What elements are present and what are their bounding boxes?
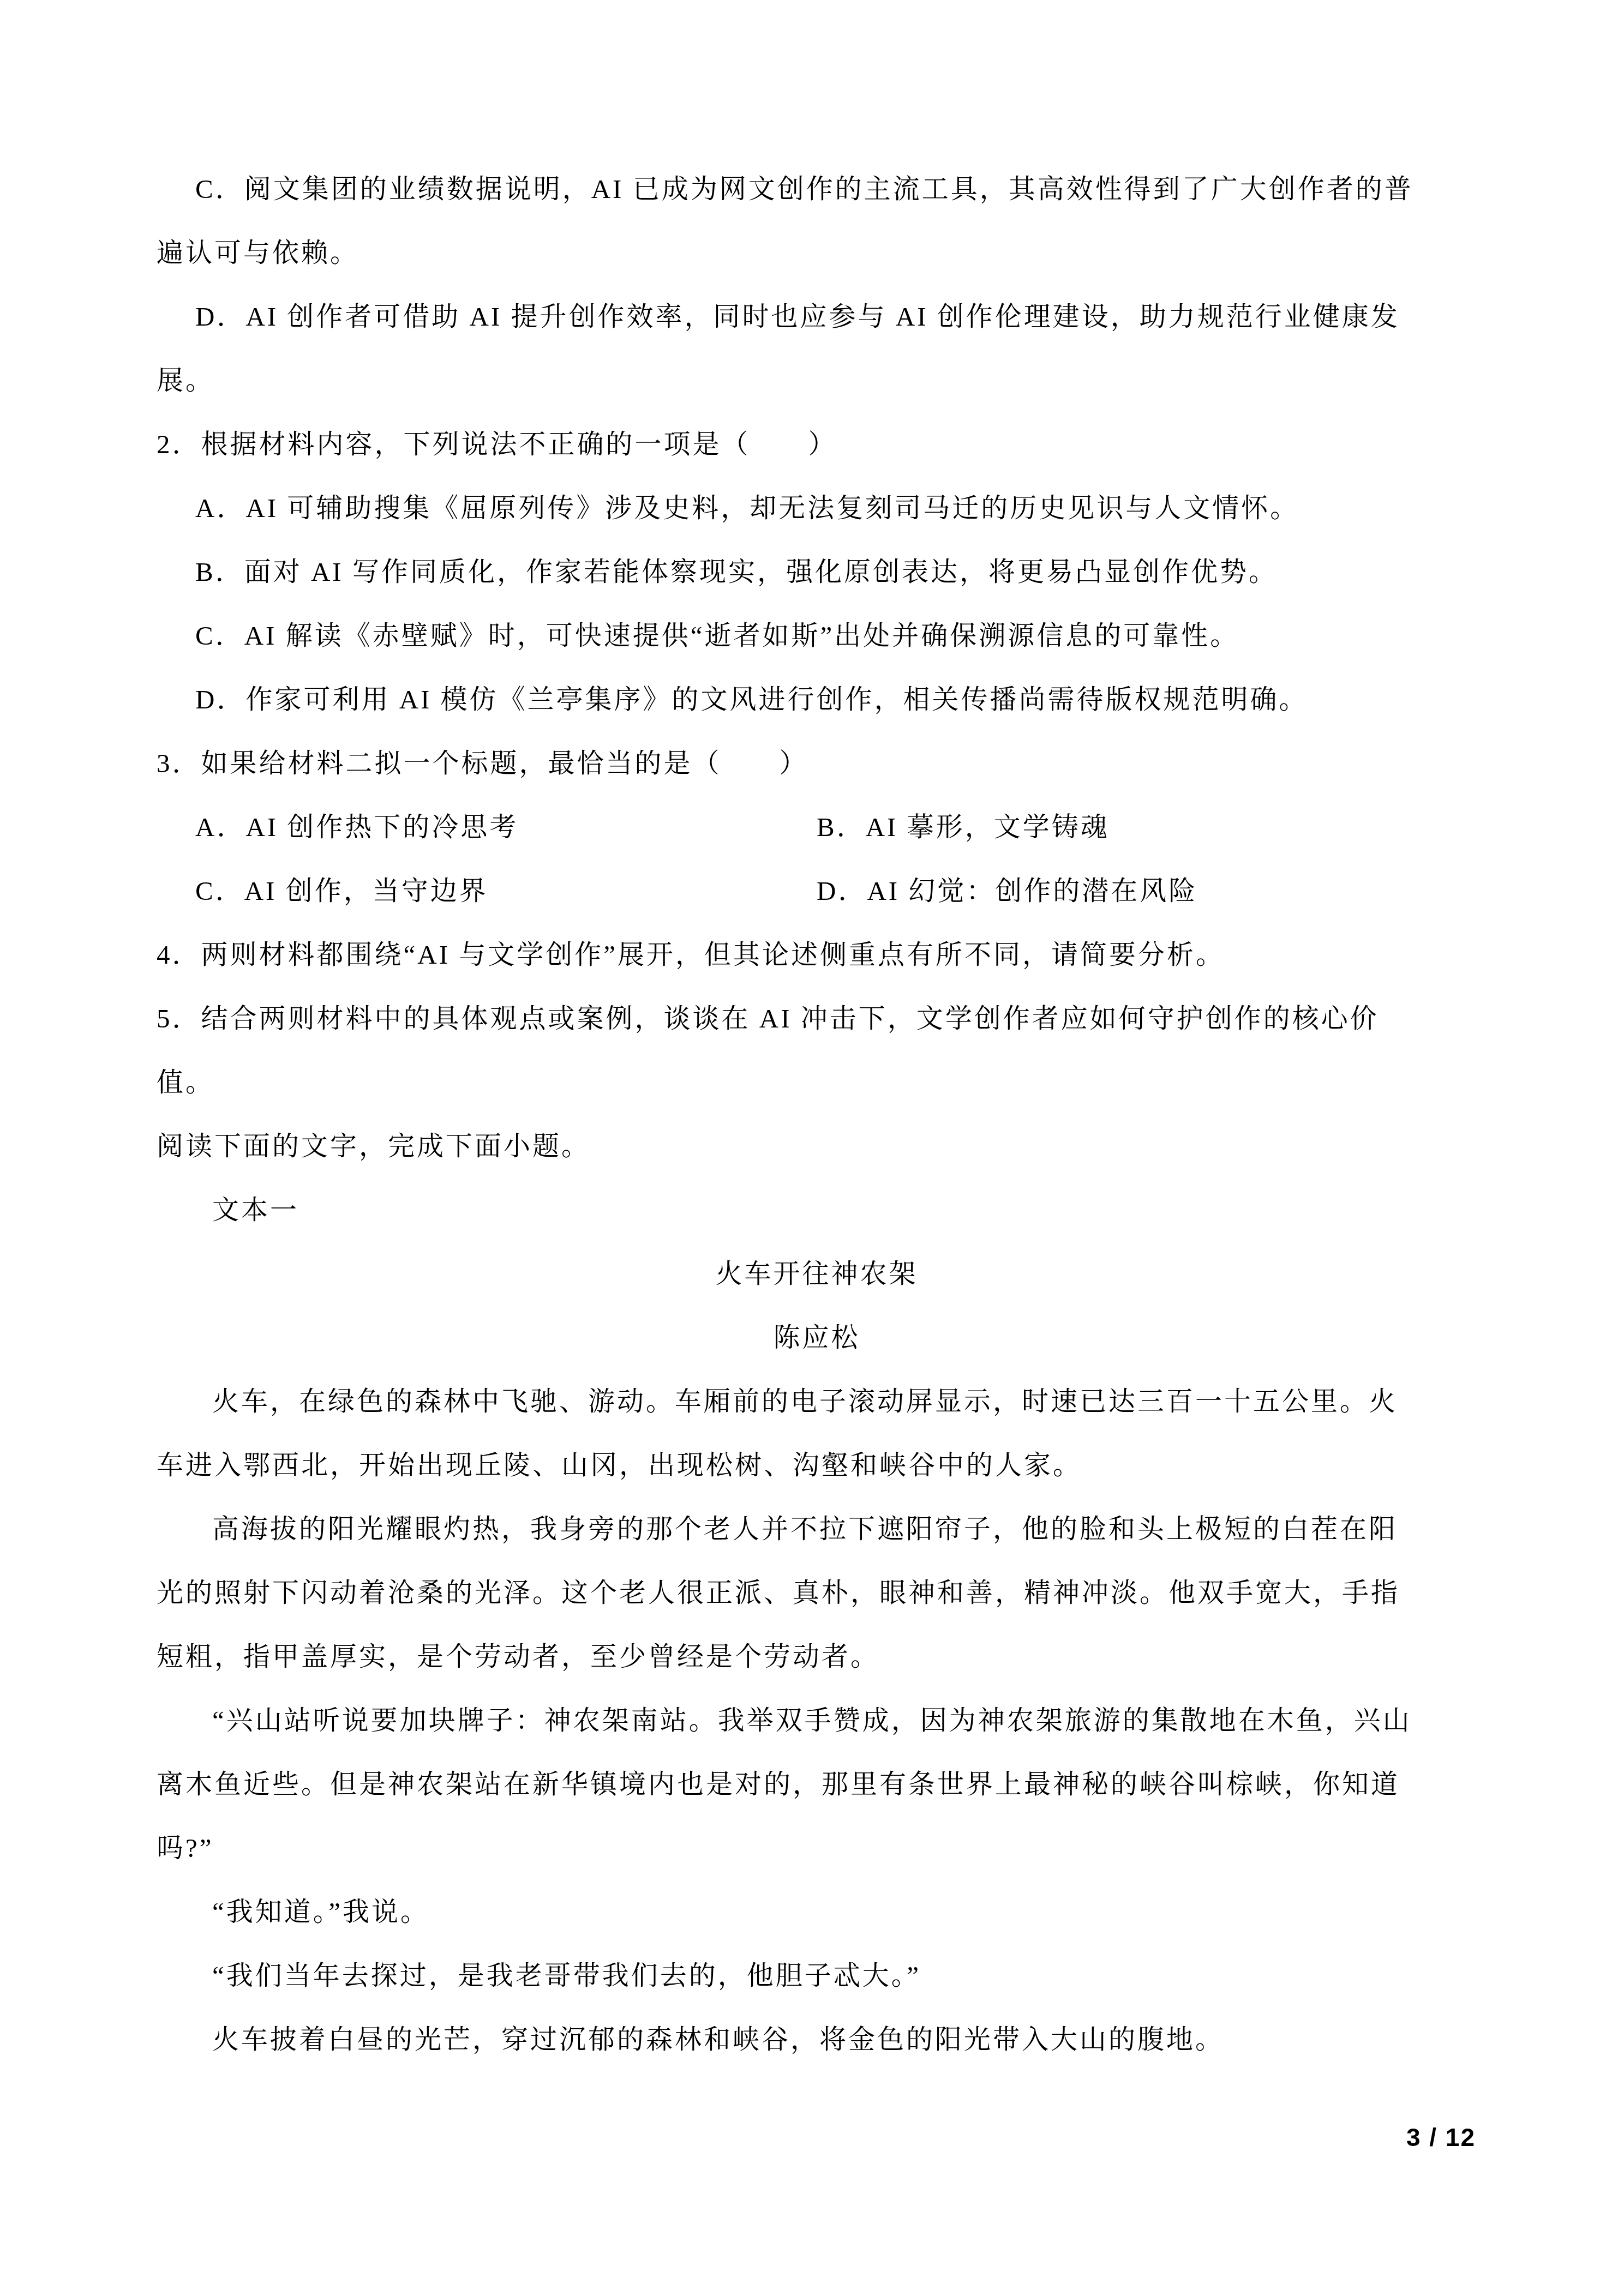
q2-option-d: D．作家可利用 AI 模仿《兰亭集序》的文风进行创作，相关传播尚需待版权规范明确… [157, 668, 1477, 731]
q3-option-a: A．AI 创作热下的冷思考 [157, 795, 817, 859]
page-number: 3 / 12 [1406, 2123, 1476, 2152]
q2-option-c: C．AI 解读《赤壁赋》时，可快速提供“逝者如斯”出处并确保溯源信息的可靠性。 [157, 604, 1477, 668]
passage-p3-line-2: 离木鱼近些。但是神农架站在新华镇境内也是对的，那里有条世界上最神秘的峡谷叫棕峡，… [157, 1752, 1477, 1816]
passage-p5-dialogue: “我们当年去探过，是我老哥带我们去的，他胆子忒大。” [157, 1944, 1477, 2008]
passage-p3-line-3: 吗?” [157, 1816, 1477, 1880]
passage-title: 火车开往神农架 [157, 1242, 1477, 1306]
q3-options-row-1: A．AI 创作热下的冷思考 B．AI 摹形，文学铸魂 [157, 795, 1477, 859]
passage-p1-line-1: 火车，在绿色的森林中飞驰、游动。车厢前的电子滚动屏显示，时速已达三百一十五公里。… [157, 1369, 1477, 1433]
passage-p4-dialogue: “我知道。”我说。 [157, 1880, 1477, 1944]
passage-p2-line-2: 光的照射下闪动着沧桑的光泽。这个老人很正派、真朴，眼神和善，精神冲淡。他双手宽大… [157, 1561, 1477, 1625]
q1-option-d-line-2: 展。 [157, 348, 1477, 412]
text-one-label: 文本一 [157, 1178, 1477, 1242]
q2-option-a: A．AI 可辅助搜集《屈原列传》涉及史料，却无法复刻司马迁的历史见识与人文情怀。 [157, 476, 1477, 540]
passage-p2-line-1: 高海拔的阳光耀眼灼热，我身旁的那个老人并不拉下遮阳帘子，他的脸和头上极短的白茬在… [157, 1497, 1477, 1561]
q3-option-d: D．AI 幻觉：创作的潜在风险 [817, 859, 1477, 923]
question-4: 4．两则材料都围绕“AI 与文学创作”展开，但其论述侧重点有所不同，请简要分析。 [157, 923, 1477, 987]
q1-option-c-line-2: 遍认可与依赖。 [157, 221, 1477, 285]
passage-p1-line-2: 车进入鄂西北，开始出现丘陵、山冈，出现松树、沟壑和峡谷中的人家。 [157, 1433, 1477, 1497]
q1-option-c-line-1: C．阅文集团的业绩数据说明，AI 已成为网文创作的主流工具，其高效性得到了广大创… [157, 157, 1477, 221]
document-page: C．阅文集团的业绩数据说明，AI 已成为网文创作的主流工具，其高效性得到了广大创… [0, 0, 1624, 2296]
q3-option-b: B．AI 摹形，文学铸魂 [817, 795, 1477, 859]
question-2-stem: 2．根据材料内容，下列说法不正确的一项是（ ） [157, 412, 1477, 476]
q1-option-d-line-1: D．AI 创作者可借助 AI 提升创作效率，同时也应参与 AI 创作伦理建设，助… [157, 285, 1477, 348]
page-body: C．阅文集团的业绩数据说明，AI 已成为网文创作的主流工具，其高效性得到了广大创… [157, 157, 1477, 2071]
question-5-line-1: 5．结合两则材料中的具体观点或案例，谈谈在 AI 冲击下，文学创作者应如何守护创… [157, 987, 1477, 1050]
q2-option-b: B．面对 AI 写作同质化，作家若能体察现实，强化原创表达，将更易凸显创作优势。 [157, 540, 1477, 604]
q3-options-row-2: C．AI 创作，当守边界 D．AI 幻觉：创作的潜在风险 [157, 859, 1477, 923]
passage-p3-line-1: “兴山站听说要加块牌子：神农架南站。我举双手赞成，因为神农架旅游的集散地在木鱼，… [157, 1688, 1477, 1752]
passage-p2-line-3: 短粗，指甲盖厚实，是个劳动者，至少曾经是个劳动者。 [157, 1625, 1477, 1688]
question-5-line-2: 值。 [157, 1050, 1477, 1114]
q3-option-c: C．AI 创作，当守边界 [157, 859, 817, 923]
passage-author: 陈应松 [157, 1306, 1477, 1369]
reading-instruction: 阅读下面的文字，完成下面小题。 [157, 1114, 1477, 1178]
passage-p6-line: 火车披着白昼的光芒，穿过沉郁的森林和峡谷，将金色的阳光带入大山的腹地。 [157, 2008, 1477, 2071]
question-3-stem: 3．如果给材料二拟一个标题，最恰当的是（ ） [157, 731, 1477, 795]
